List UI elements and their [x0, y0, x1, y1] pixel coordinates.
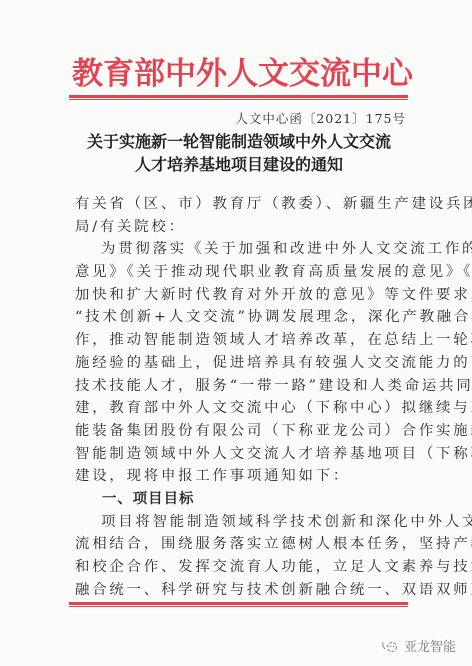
- organization-header: 教育部中外人文交流中心: [72, 55, 406, 93]
- document-body: 有关省（区、市）教育厅（教委）、新疆生产建设兵团教育 局/有关院校： 为贯彻落实…: [75, 193, 407, 601]
- watermark-label: 亚龙智能: [404, 636, 456, 655]
- paragraph-line: 项目将智能制造领域科学技术创新和深化中外人文交: [75, 511, 407, 534]
- title-line: 人才培养基地项目建设的通知: [70, 153, 408, 176]
- wechat-icon: [381, 639, 399, 653]
- section-heading: 一、项目目标: [75, 488, 407, 511]
- header-rule-thick: [69, 95, 408, 98]
- paragraph-line: 意见》《关于推动现代职业教育高质量发展的意见》《关于: [75, 261, 407, 284]
- document-number: 人文中心函〔2021〕175号: [235, 109, 406, 127]
- paragraph-line: 流相结合，围绕服务落实立德树人根本任务，坚持产教融合: [75, 533, 407, 556]
- paragraph-line: 智能制造领域中外人文交流人才培养基地项目（下称项目）: [75, 443, 407, 466]
- footer-rule-thick: [69, 602, 408, 605]
- footer-rule-thin: [69, 606, 408, 607]
- salutation-line: 局/有关院校：: [75, 216, 407, 239]
- salutation-line: 有关省（区、市）教育厅（教委）、新疆生产建设兵团教育: [75, 193, 407, 216]
- document-title: 关于实施新一轮智能制造领域中外人文交流 人才培养基地项目建设的通知: [70, 130, 408, 176]
- title-line: 关于实施新一轮智能制造领域中外人文交流: [70, 130, 408, 153]
- paragraph-line: 融合统一、科学研究与技术创新融合统一、双语双师双能教: [75, 579, 407, 602]
- paragraph-line: 为贯彻落实《关于加强和改进中外人文交流工作的若干: [75, 238, 407, 261]
- header-rule-thin: [69, 99, 408, 100]
- source-watermark: 亚龙智能: [381, 636, 456, 655]
- paragraph-line: 加快和扩大新时代教育对外开放的意见》等文件要求，秉持: [75, 284, 407, 307]
- paragraph-line: 能装备集团股份有限公司（下称亚龙公司）合作实施新一轮: [75, 420, 407, 443]
- paragraph-line: 建，教育部中外人文交流中心（下称中心）拟继续与亚龙智: [75, 397, 407, 420]
- paragraph-line: 技术技能人才，服务“一带一路”建设和人类命运共同体构: [75, 375, 407, 398]
- paragraph-line: 施经验的基础上，促进培养具有较强人文交流能力的高素质: [75, 352, 407, 375]
- paragraph-line: “技术创新+人文交流”协调发展理念，深化产教融合校企合: [75, 306, 407, 329]
- paragraph-line: 和校企合作、发挥交流育人功能，立足人文素养与技术技能: [75, 556, 407, 579]
- paragraph-line: 作，推动智能制造领域人才培养改革，在总结上一轮项目实: [75, 329, 407, 352]
- document-page: 教育部中外人文交流中心 人文中心函〔2021〕175号 关于实施新一轮智能制造领…: [0, 0, 472, 666]
- paragraph-line: 建设，现将申报工作事项通知如下：: [75, 465, 407, 488]
